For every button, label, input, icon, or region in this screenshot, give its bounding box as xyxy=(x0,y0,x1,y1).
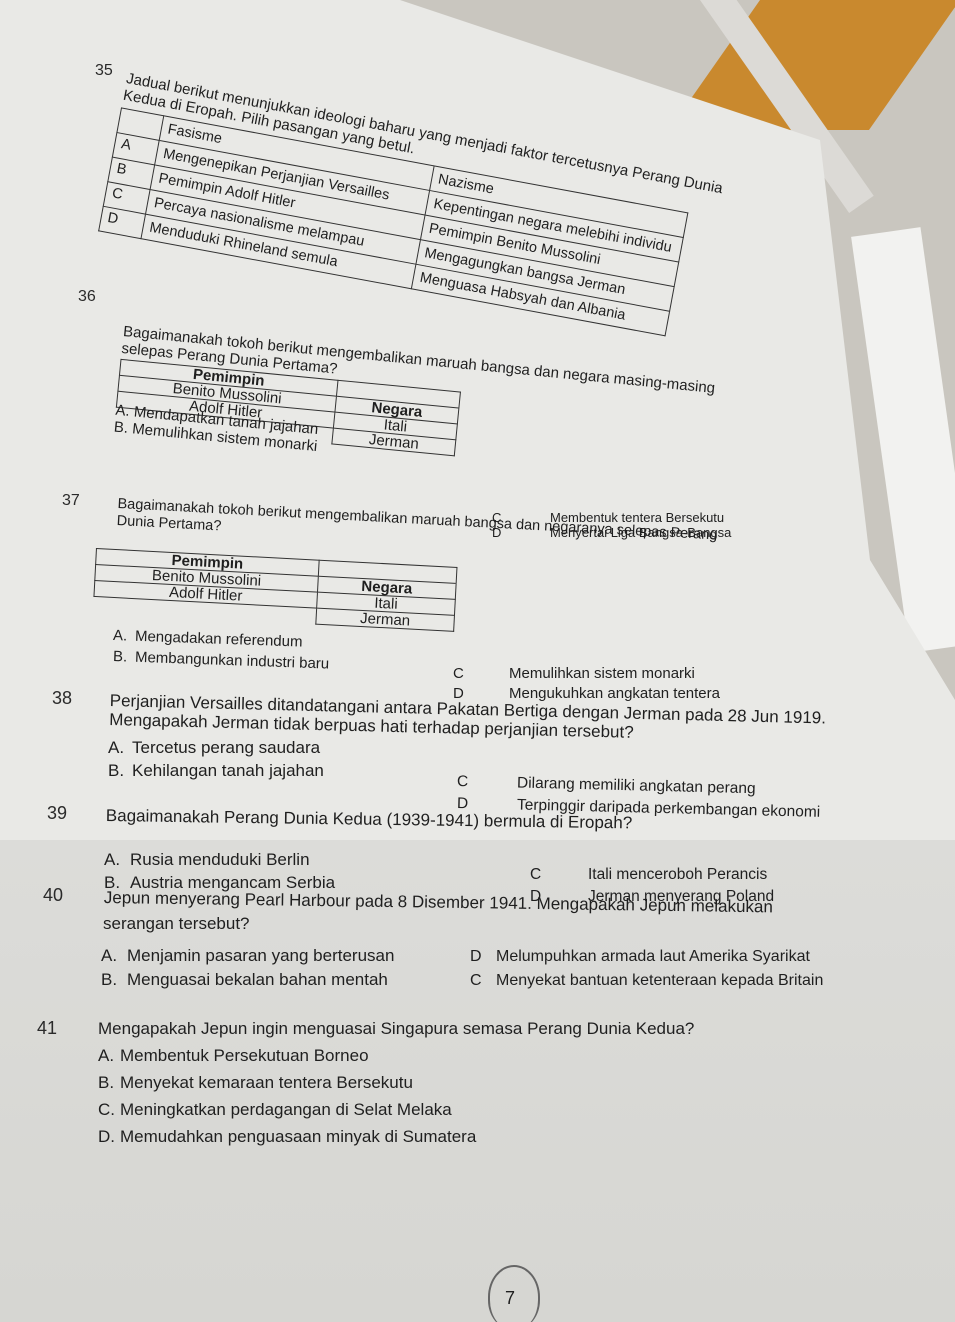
option-letter: A. xyxy=(104,850,130,869)
option-text: Menguasai bekalan bahan mentah xyxy=(127,970,388,989)
option-c[interactable]: CMemulihkan sistem monarki xyxy=(453,665,695,682)
option-a[interactable]: A.Menjamin pasaran yang berterusan xyxy=(101,946,394,965)
option-a[interactable]: A.Membentuk Persekutuan Borneo xyxy=(98,1046,369,1065)
option-text: Itali menceroboh Perancis xyxy=(588,866,767,883)
option-a[interactable]: A.Rusia menduduki Berlin xyxy=(104,850,310,869)
option-letter: A. xyxy=(108,738,132,757)
option-text: Mengukuhkan angkatan tentera xyxy=(509,685,720,702)
option-b[interactable]: B.Menyekat kemaraan tentera Bersekutu xyxy=(98,1073,413,1092)
option-letter: C xyxy=(453,665,509,682)
option-letter: A. xyxy=(101,946,127,965)
option-text: Melumpuhkan armada laut Amerika Syarikat xyxy=(496,948,810,965)
option-letter: C. xyxy=(98,1100,120,1119)
option-letter: B. xyxy=(108,761,132,780)
question-number-39: 39 xyxy=(47,803,67,824)
question-40-stem-line-2: serangan tersebut? xyxy=(103,914,250,933)
question-number-40: 40 xyxy=(43,885,63,906)
option-letter: C xyxy=(470,972,496,990)
option-text: Memulihkan sistem monarki xyxy=(509,665,695,682)
option-letter: B. xyxy=(98,1073,120,1092)
question-number-37: 37 xyxy=(62,492,80,510)
option-c[interactable]: C.Meningkatkan perdagangan di Selat Mela… xyxy=(98,1100,452,1119)
option-d[interactable]: D.Memudahkan penguasaan minyak di Sumate… xyxy=(98,1127,476,1146)
option-letter: A. xyxy=(98,1046,120,1065)
option-text: Meningkatkan perdagangan di Selat Melaka xyxy=(120,1100,452,1119)
option-text: Menyekat kemaraan tentera Bersekutu xyxy=(120,1073,413,1092)
question-number-36: 36 xyxy=(78,288,96,306)
option-letter: A. xyxy=(113,627,136,645)
page-number: 7 xyxy=(505,1288,515,1309)
option-text: Menjamin pasaran yang berterusan xyxy=(127,946,394,965)
option-letter: D. xyxy=(98,1127,120,1146)
option-c[interactable]: CMenyekat bantuan ketenteraan kepada Bri… xyxy=(470,972,823,990)
option-letter: B. xyxy=(113,419,129,437)
option-b[interactable]: B.Kehilangan tanah jajahan xyxy=(108,761,324,780)
option-c[interactable]: CItali menceroboh Perancis xyxy=(530,866,767,884)
option-letter: B. xyxy=(113,648,136,666)
option-text: Membentuk Persekutuan Borneo xyxy=(120,1046,369,1065)
option-text: Rusia menduduki Berlin xyxy=(130,850,310,869)
option-text: Memudahkan penguasaan minyak di Sumatera xyxy=(120,1127,476,1146)
option-text: Kehilangan tanah jajahan xyxy=(132,761,324,780)
option-b[interactable]: B.Menguasai bekalan bahan mentah xyxy=(101,970,388,989)
option-d[interactable]: DMelumpuhkan armada laut Amerika Syarika… xyxy=(470,948,810,966)
question-number-35: 35 xyxy=(95,62,113,80)
option-text: Menyekat bantuan ketenteraan kepada Brit… xyxy=(496,972,823,989)
option-letter: A. xyxy=(115,402,131,420)
question-number-41: 41 xyxy=(37,1018,57,1039)
question-41-stem-line-1: Mengapakah Jepun ingin menguasai Singapu… xyxy=(98,1019,694,1038)
option-letter: C xyxy=(457,773,517,792)
option-letter: C xyxy=(530,866,588,884)
question-number-38: 38 xyxy=(52,688,72,709)
option-a[interactable]: A.Tercetus perang saudara xyxy=(108,738,320,757)
option-text: Tercetus perang saudara xyxy=(132,738,320,757)
option-letter: B. xyxy=(101,970,127,989)
option-letter: D xyxy=(470,948,496,966)
